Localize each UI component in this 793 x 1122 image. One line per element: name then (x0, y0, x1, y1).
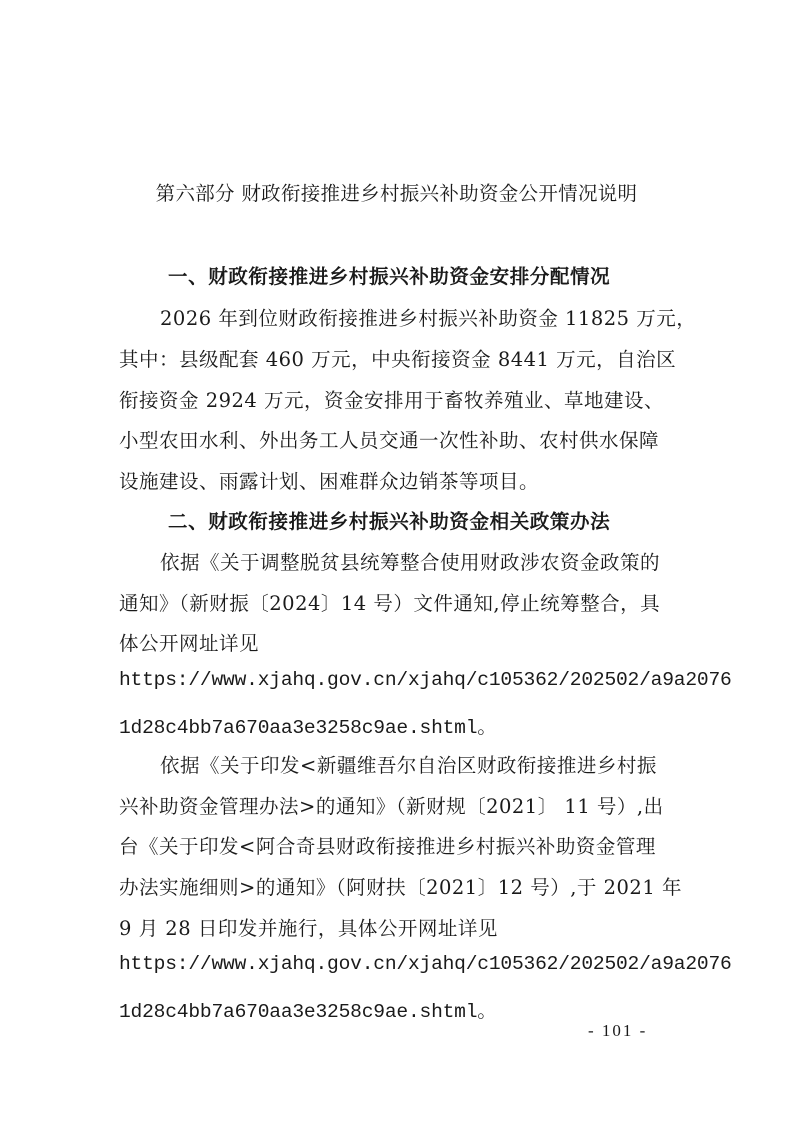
section-1-line-3: 衔接资金 2924 万元，资金安排用于畜牧养殖业、草地建设、 (119, 385, 664, 413)
section-1-line-1: 2026 年到位财政衔接推进乡村振兴补助资金 11825 万元， (160, 303, 696, 331)
section-2-p2-line-1: 依据《关于印发<新疆维吾尔自治区财政衔接推进乡村振 (160, 750, 657, 778)
section-1-line-2: 其中：县级配套 460 万元，中央衔接资金 8441 万元，自治区 (119, 344, 676, 372)
section-2-p2-line-4: 办法实施细则>的通知》（阿财扶〔2021〕12 号）,于 2021 年 (119, 872, 682, 900)
section-2-p1-url-line-1[interactable]: https://www.xjahq.gov.cn/xjahq/c105362/2… (119, 669, 732, 691)
section-2-p1-url-line-2[interactable]: 1d28c4bb7a670aa3e3258c9ae.shtml。 (119, 710, 497, 739)
section-2-heading: 二、财政衔接推进乡村振兴补助资金相关政策办法 (168, 506, 610, 534)
section-2-p2-line-5: 9 月 28 日印发并施行，具体公开网址详见 (119, 913, 498, 941)
section-2-p1-line-2: 通知》（新财振〔2024〕14 号）文件通知,停止统筹整合，具 (119, 588, 660, 616)
document-page: 第六部分 财政衔接推进乡村振兴补助资金公开情况说明 一、财政衔接推进乡村振兴补助… (0, 0, 793, 1122)
page-number: - 101 - (588, 1021, 647, 1041)
section-2-p1-line-1: 依据《关于调整脱贫县统筹整合使用财政涉农资金政策的 (160, 547, 660, 575)
section-1-heading: 一、财政衔接推进乡村振兴补助资金安排分配情况 (168, 261, 610, 289)
section-2-p2-line-2: 兴补助资金管理办法>的通知》（新财规〔2021〕 11 号）,出 (119, 791, 664, 819)
section-1-line-5: 设施建设、雨露计划、困难群众边销茶等项目。 (119, 466, 539, 494)
part-title: 第六部分 财政衔接推进乡村振兴补助资金公开情况说明 (0, 178, 793, 206)
section-1-line-4: 小型农田水利、外出务工人员交通一次性补助、农村供水保障 (119, 425, 659, 453)
section-2-p2-url-line-2[interactable]: 1d28c4bb7a670aa3e3258c9ae.shtml。 (119, 994, 497, 1023)
section-2-p2-url-line-1[interactable]: https://www.xjahq.gov.cn/xjahq/c105362/2… (119, 953, 732, 975)
section-2-p2-line-3: 台《关于印发<阿合奇县财政衔接推进乡村振兴补助资金管理 (119, 831, 656, 859)
section-2-p1-line-3: 体公开网址详见 (119, 628, 259, 656)
